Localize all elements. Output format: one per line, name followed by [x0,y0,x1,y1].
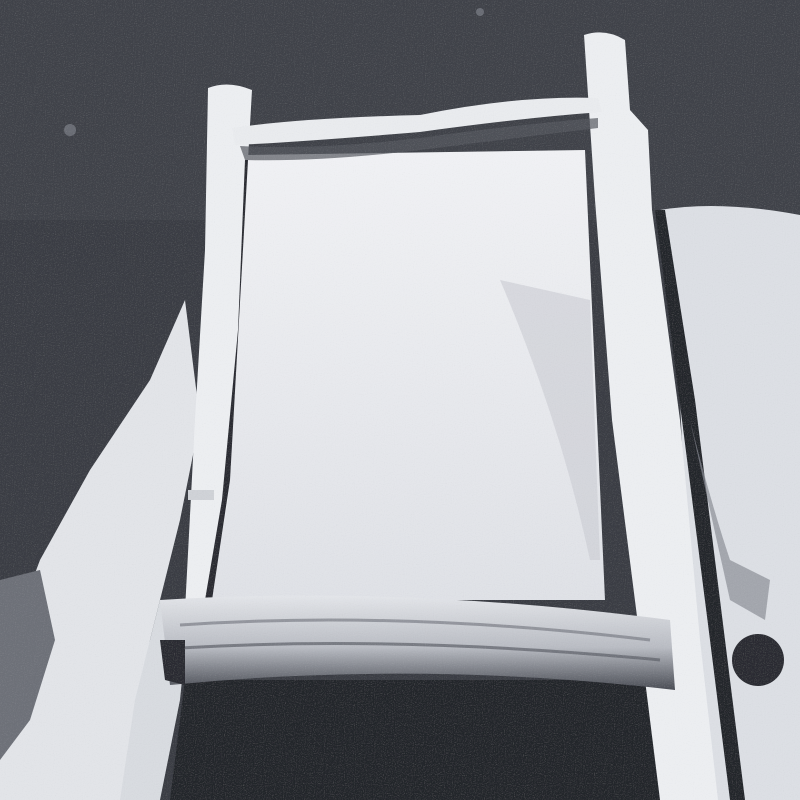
photograph: Black-and-white photograph of an old wea… [0,0,800,800]
photo-scene [0,0,800,800]
dark-pit [170,680,660,800]
